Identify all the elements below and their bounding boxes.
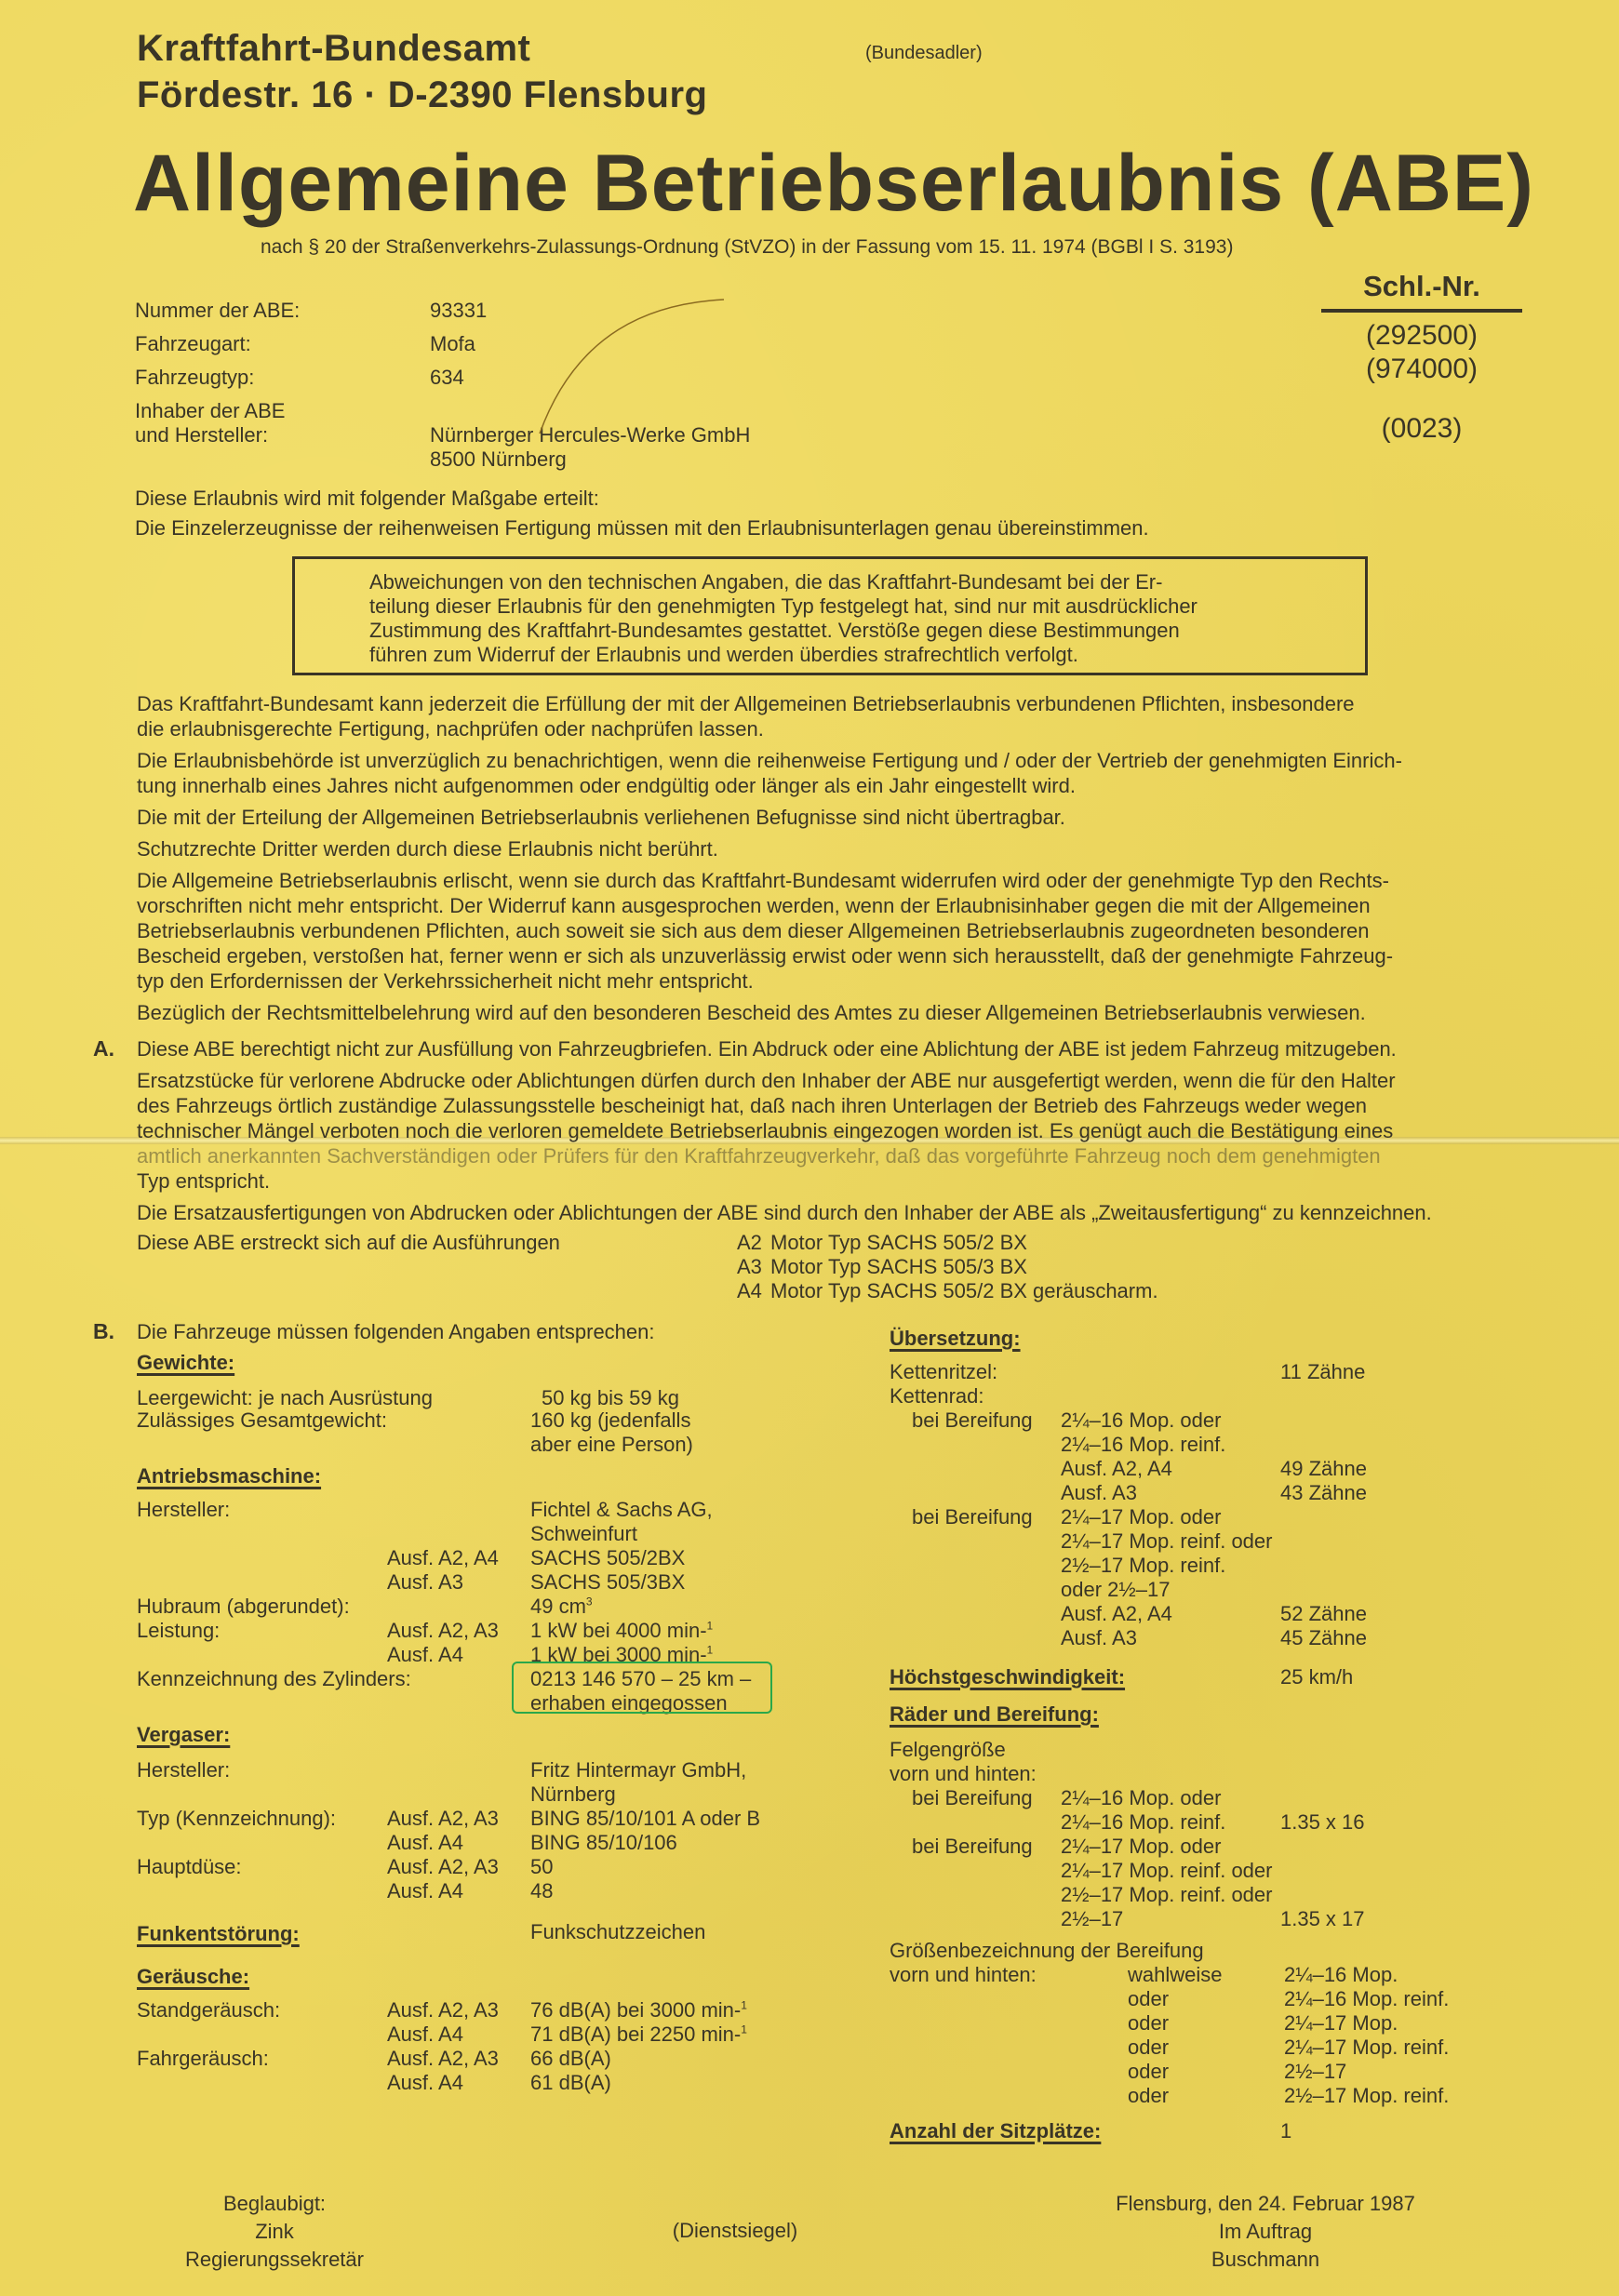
conditions-intro: Diese Erlaubnis wird mit folgender Maßga… bbox=[135, 486, 599, 511]
field-label: und Hersteller: bbox=[135, 422, 268, 447]
spec-value: Fichtel & Sachs AG, bbox=[530, 1498, 713, 1522]
tyre-spec: 2¼–16 Mop. reinf. bbox=[1061, 1433, 1225, 1457]
variant-label: Ausf. A2, A4 bbox=[1061, 1457, 1172, 1481]
tyre-conj: oder bbox=[1128, 2036, 1169, 2060]
rim-size: 1.35 x 17 bbox=[1280, 1907, 1365, 1931]
footer-signature: Flensburg, den 24. Februar 1987 Im Auftr… bbox=[1079, 2190, 1452, 2274]
variant-code: A4 bbox=[737, 1278, 762, 1303]
variant-label: Ausf. A2, A4 bbox=[387, 1546, 499, 1570]
spec-label: Hersteller: bbox=[137, 1498, 230, 1522]
spec-label: Kettenritzel: bbox=[890, 1360, 997, 1384]
section-title-antrieb: Antriebsmaschine: bbox=[137, 1464, 321, 1488]
spec-label: Leergewicht: je nach Ausrüstung bbox=[137, 1386, 433, 1410]
spec-label: Hauptdüse: bbox=[137, 1855, 242, 1879]
spec-label: bei Bereifung bbox=[912, 1408, 1033, 1433]
paragraph: Bezüglich der Rechtsmittelbelehrung wird… bbox=[137, 1000, 1523, 1025]
variant-code: A3 bbox=[737, 1254, 762, 1279]
spec-value: 52 Zähne bbox=[1280, 1602, 1367, 1626]
spec-value: BING 85/10/106 bbox=[530, 1831, 677, 1855]
field-value: 8500 Nürnberg bbox=[430, 447, 567, 472]
paragraph: Schutzrechte Dritter werden durch diese … bbox=[137, 836, 1523, 861]
spec-label: bei Bereifung bbox=[912, 1505, 1033, 1529]
tyre-size: 2¼–16 Mop. reinf. bbox=[1284, 1987, 1449, 2011]
spec-value: Schweinfurt bbox=[530, 1522, 637, 1546]
paragraph: Die mit der Erteilung der Allgemeinen Be… bbox=[137, 805, 1523, 830]
spec-value: 160 kg (jedenfalls bbox=[530, 1408, 690, 1433]
variant-label: Ausf. A2, A3 bbox=[387, 1855, 499, 1879]
official-seal-placeholder: (Dienstsiegel) bbox=[642, 2218, 828, 2243]
field-label: Nummer der ABE: bbox=[135, 298, 300, 323]
spec-label: bei Bereifung bbox=[912, 1786, 1033, 1810]
emblem-placeholder: (Bundesadler) bbox=[865, 43, 983, 64]
field-label: Fahrzeugtyp: bbox=[135, 365, 254, 390]
spec-label: Hubraum (abgerundet): bbox=[137, 1595, 350, 1619]
schluessel-value: (292500) bbox=[1321, 320, 1522, 352]
section-title-funk: Funkentstörung: bbox=[137, 1922, 300, 1946]
variant-text: Motor Typ SACHS 505/3 BX bbox=[770, 1254, 1027, 1279]
tyre-spec: 2¼–17 Mop. reinf. oder bbox=[1061, 1859, 1272, 1883]
spec-label: Hersteller: bbox=[137, 1758, 230, 1782]
tyre-conj: wahlweise bbox=[1128, 1963, 1223, 1987]
authority-name: Kraftfahrt-Bundesamt bbox=[137, 28, 530, 70]
spec-label: bei Bereifung bbox=[912, 1835, 1033, 1859]
spec-value: 25 km/h bbox=[1280, 1665, 1353, 1689]
variant-label: Ausf. A4 bbox=[387, 1643, 463, 1667]
section-title-vmax: Höchstgeschwindigkeit: bbox=[890, 1665, 1125, 1689]
pen-stroke-mark bbox=[484, 294, 744, 443]
spec-value: SACHS 505/2BX bbox=[530, 1546, 685, 1570]
field-value: 634 bbox=[430, 365, 464, 390]
spec-value: 71 dB(A) bei 2250 min-1 bbox=[530, 2022, 747, 2047]
tyre-spec: 2¼–16 Mop. oder bbox=[1061, 1786, 1221, 1810]
spec-value: 66 dB(A) bbox=[530, 2047, 611, 2071]
variant-label: Ausf. A4 bbox=[387, 1879, 463, 1903]
spec-value: Nürnberg bbox=[530, 1782, 616, 1807]
variant-label: Ausf. A4 bbox=[387, 1831, 463, 1855]
tyre-size: 2½–17 bbox=[1284, 2060, 1346, 2084]
spec-value: BING 85/10/101 A oder B bbox=[530, 1807, 760, 1831]
spec-value: Fritz Hintermayr GmbH, bbox=[530, 1758, 746, 1782]
field-value: 93331 bbox=[430, 298, 487, 323]
schluessel-value: (0023) bbox=[1321, 413, 1522, 445]
tyre-spec: 2½–17 Mop. reinf. oder bbox=[1061, 1883, 1272, 1907]
section-b-marker: B. bbox=[93, 1319, 114, 1344]
variant-label: Ausf. A3 bbox=[1061, 1626, 1137, 1650]
document-subtitle: nach § 20 der Straßenverkehrs-Zulassungs… bbox=[261, 236, 1233, 259]
variant-label: Ausf. A4 bbox=[387, 2022, 463, 2047]
warning-line: teilung dieser Erlaubnis für den genehmi… bbox=[369, 594, 1198, 619]
variant-label: Ausf. A2, A3 bbox=[387, 1619, 499, 1643]
document-title: Allgemeine Betriebserlaubnis (ABE) bbox=[133, 138, 1534, 230]
spec-label: Standgeräusch: bbox=[137, 1998, 280, 2022]
spec-value: SACHS 505/3BX bbox=[530, 1570, 685, 1595]
variant-label: Ausf. A2, A4 bbox=[1061, 1602, 1172, 1626]
warning-box: Abweichungen von den technischen Angaben… bbox=[292, 556, 1368, 675]
tyre-spec: oder 2½–17 bbox=[1061, 1578, 1170, 1602]
section-title-raeder: Räder und Bereifung: bbox=[890, 1702, 1099, 1727]
spec-value: 43 Zähne bbox=[1280, 1481, 1367, 1505]
spec-label: vorn und hinten: bbox=[890, 1762, 1037, 1786]
schluessel-label: Schl.-Nr. bbox=[1321, 270, 1522, 303]
spec-label: Typ (Kennzeichnung): bbox=[137, 1807, 336, 1831]
warning-line: führen zum Widerruf der Erlaubnis und we… bbox=[369, 643, 1198, 667]
section-title-sitze: Anzahl der Sitzplätze: bbox=[890, 2119, 1101, 2143]
spec-label: Kennzeichnung des Zylinders: bbox=[137, 1667, 411, 1691]
spec-value: Funkschutzzeichen bbox=[530, 1920, 705, 1944]
tyre-size: 2¼–17 Mop. bbox=[1284, 2011, 1398, 2036]
section-a-first: Diese ABE berechtigt nicht zur Ausfüllun… bbox=[137, 1037, 1397, 1061]
spec-value: 49 Zähne bbox=[1280, 1457, 1367, 1481]
spec-value: 48 bbox=[530, 1879, 553, 1903]
paragraph: Das Kraftfahrt-Bundesamt kann jederzeit … bbox=[137, 691, 1523, 741]
tyre-conj: oder bbox=[1128, 2060, 1169, 2084]
tyre-spec: 2¼–17 Mop. oder bbox=[1061, 1835, 1221, 1859]
tyre-size: 2¼–16 Mop. bbox=[1284, 1963, 1398, 1987]
spec-value: 11 Zähne bbox=[1280, 1360, 1365, 1384]
spec-label: Größenbezeichnung der Bereifung bbox=[890, 1939, 1204, 1963]
zweitausfertigung-note: Die Ersatzausfertigungen von Abdrucken o… bbox=[137, 1201, 1432, 1224]
scope-label: Diese ABE erstreckt sich auf die Ausführ… bbox=[137, 1230, 560, 1255]
variant-label: Ausf. A3 bbox=[387, 1570, 463, 1595]
tyre-size: 2¼–17 Mop. reinf. bbox=[1284, 2036, 1449, 2060]
spec-value: 61 dB(A) bbox=[530, 2071, 611, 2095]
tyre-spec: 2½–17 Mop. reinf. bbox=[1061, 1554, 1225, 1578]
spec-label: Zulässiges Gesamtgewicht: bbox=[137, 1408, 387, 1433]
spec-label: Felgengröße bbox=[890, 1738, 1006, 1762]
field-value: Mofa bbox=[430, 331, 475, 356]
tyre-spec: 2¼–16 Mop. oder bbox=[1061, 1408, 1221, 1433]
green-highlight-annotation bbox=[512, 1662, 772, 1714]
variant-text: Motor Typ SACHS 505/2 BX geräuscharm. bbox=[770, 1278, 1158, 1303]
spec-label: Kettenrad: bbox=[890, 1384, 984, 1408]
spec-label: vorn und hinten: bbox=[890, 1963, 1037, 1987]
spec-label: Leistung: bbox=[137, 1619, 220, 1643]
tyre-spec: 2¼–17 Mop. oder bbox=[1061, 1505, 1221, 1529]
tyre-spec: 2½–17 bbox=[1061, 1907, 1123, 1931]
authority-address: Fördestr. 16 · D-2390 Flensburg bbox=[137, 74, 707, 116]
section-a: Diese ABE berechtigt nicht zur Ausfüllun… bbox=[137, 1036, 1532, 1232]
warning-line: Zustimmung des Kraftfahrt-Bundesamtes ge… bbox=[369, 619, 1198, 643]
variant-label: Ausf. A3 bbox=[1061, 1481, 1137, 1505]
spec-value: 50 kg bis 59 kg bbox=[542, 1386, 679, 1410]
section-b-intro: Die Fahrzeuge müssen folgenden Angaben e… bbox=[137, 1319, 655, 1344]
variant-label: Ausf. A2, A3 bbox=[387, 1807, 499, 1831]
conditions-rule: Die Einzelerzeugnisse der reihenweisen F… bbox=[135, 515, 1149, 541]
variant-label: Ausf. A2, A3 bbox=[387, 1998, 499, 2022]
warning-line: Abweichungen von den technischen Angaben… bbox=[369, 570, 1198, 594]
legal-paragraphs: Das Kraftfahrt-Bundesamt kann jederzeit … bbox=[137, 691, 1523, 1032]
paragraph: Die Erlaubnisbehörde ist unverzüglich zu… bbox=[137, 748, 1523, 798]
schluessel-value: (974000) bbox=[1321, 354, 1522, 385]
variant-code: A2 bbox=[737, 1230, 762, 1255]
tyre-spec: 2¼–17 Mop. reinf. oder bbox=[1061, 1529, 1272, 1554]
tyre-spec: 2¼–16 Mop. reinf. bbox=[1061, 1810, 1225, 1835]
section-title-uebersetzung: Übersetzung: bbox=[890, 1327, 1021, 1351]
spec-value: 1 bbox=[1280, 2119, 1291, 2143]
section-a-marker: A. bbox=[93, 1036, 114, 1061]
spec-value: 49 cm3 bbox=[530, 1595, 593, 1619]
field-label: Fahrzeugart: bbox=[135, 331, 251, 356]
section-title-vergaser: Vergaser: bbox=[137, 1723, 230, 1747]
spec-value: 50 bbox=[530, 1855, 553, 1879]
spec-value: aber eine Person) bbox=[530, 1433, 693, 1457]
spec-value: 76 dB(A) bei 3000 min-1 bbox=[530, 1998, 747, 2022]
footer-certification: Beglaubigt: Zink Regierungssekretär bbox=[140, 2190, 409, 2274]
tyre-conj: oder bbox=[1128, 2084, 1169, 2108]
variant-label: Ausf. A4 bbox=[387, 2071, 463, 2095]
spec-label: Fahrgeräusch: bbox=[137, 2047, 269, 2071]
ersatz-paragraph: Ersatzstücke für verlorene Abdrucke oder… bbox=[137, 1068, 1532, 1194]
tyre-conj: oder bbox=[1128, 1987, 1169, 2011]
section-title-geraeusche: Geräusche: bbox=[137, 1965, 249, 1989]
paragraph: Die Allgemeine Betriebserlaubnis erlisch… bbox=[137, 868, 1523, 994]
tyre-conj: oder bbox=[1128, 2011, 1169, 2036]
variant-label: Ausf. A2, A3 bbox=[387, 2047, 499, 2071]
tyre-size: 2½–17 Mop. reinf. bbox=[1284, 2084, 1449, 2108]
spec-value: 1 kW bei 4000 min-1 bbox=[530, 1619, 713, 1643]
variant-text: Motor Typ SACHS 505/2 BX bbox=[770, 1230, 1027, 1255]
spec-value: 45 Zähne bbox=[1280, 1626, 1367, 1650]
field-label: Inhaber der ABE bbox=[135, 398, 285, 423]
section-title-gewichte: Gewichte: bbox=[137, 1351, 234, 1375]
schluessel-rule bbox=[1321, 309, 1522, 313]
rim-size: 1.35 x 16 bbox=[1280, 1810, 1365, 1835]
